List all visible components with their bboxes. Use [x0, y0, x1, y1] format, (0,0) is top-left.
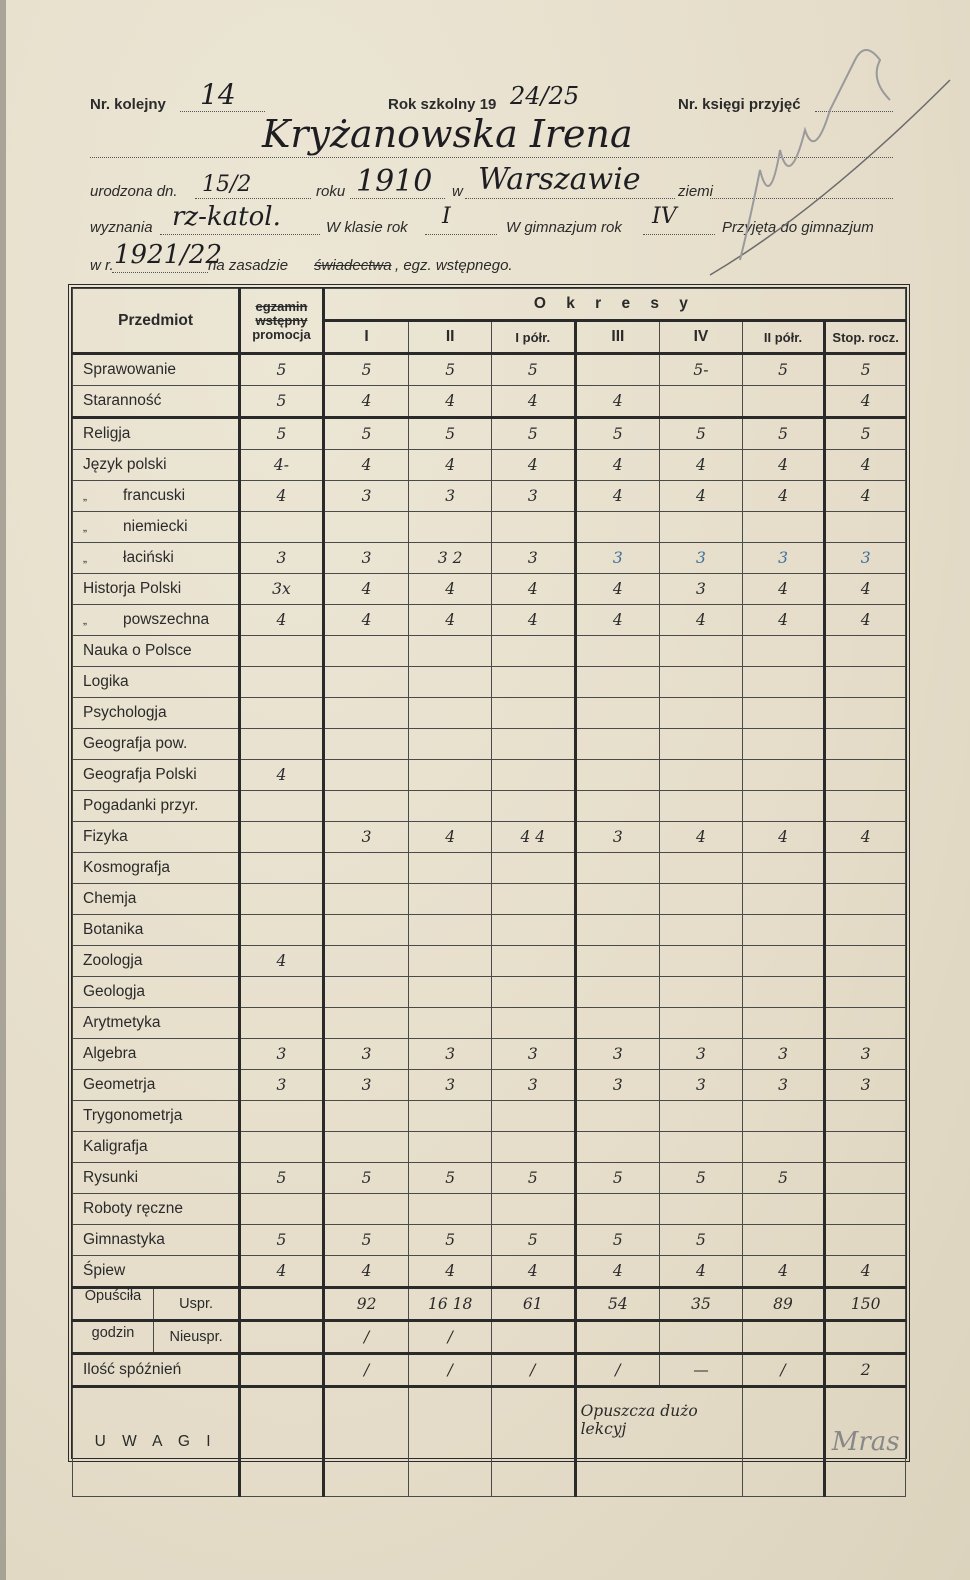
zasadzie-label: na zasadzie [208, 257, 288, 274]
uwagi-signature: Mras [825, 1387, 906, 1497]
uwagi-cell [240, 1387, 324, 1497]
grade-cell: 4 [825, 1256, 906, 1288]
subject-name: Botanika [83, 921, 143, 938]
period-header: II półr. [742, 321, 825, 354]
grade-cell: 4 [409, 450, 492, 481]
subject-name: Gimnastyka [83, 1231, 165, 1248]
subject-label: Chemja [73, 884, 240, 915]
grade-cell [742, 977, 825, 1008]
spoznien-value: 2 [825, 1354, 906, 1387]
grade-cell: 4 [660, 1256, 743, 1288]
spoznien-value: / [323, 1354, 409, 1387]
col-header-exam: egzamin wstępny promocja [240, 289, 324, 354]
subject-name: Logika [83, 673, 129, 690]
wr-label: w r. [90, 257, 114, 274]
table-row: Historja Polski3x4444344 [73, 574, 906, 605]
grade-cell [825, 853, 906, 884]
table-row: Kaligrafja [73, 1132, 906, 1163]
grade-cell [575, 884, 660, 915]
spoznien-value: — [660, 1354, 743, 1387]
subject-label: Rysunki [73, 1163, 240, 1194]
grade-cell: 4 [240, 1256, 324, 1288]
grade-cell [409, 698, 492, 729]
uwagi-note: Opuszcza dużo lekcyj [575, 1387, 742, 1497]
grade-cell [491, 977, 575, 1008]
grade-cell: 5 [491, 418, 575, 450]
w-gimnazjum-label: W gimnazjum rok [506, 219, 622, 236]
grade-cell [742, 1101, 825, 1132]
grade-cell: 5 [409, 418, 492, 450]
grade-cell: 4 [240, 605, 324, 636]
table-row: Geometrja33333333 [73, 1070, 906, 1101]
grade-cell [409, 512, 492, 543]
grade-cell [575, 512, 660, 543]
subject-label: Geologja [73, 977, 240, 1008]
grade-cell [742, 698, 825, 729]
grade-cell: 4 [825, 605, 906, 636]
nr-kolejny-line [180, 111, 265, 112]
grade-cell [660, 667, 743, 698]
grade-cell: 3 [240, 543, 324, 574]
grade-cell: 4 [409, 1256, 492, 1288]
grade-cell [409, 946, 492, 977]
grade-cell [491, 760, 575, 791]
grade-cell: 4 [491, 450, 575, 481]
grade-cell [323, 667, 409, 698]
grade-cell: 5 [240, 386, 324, 418]
grade-cell: 5 [491, 354, 575, 386]
rok-szkolny-label: Rok szkolny 19 [388, 96, 496, 113]
table-row: Geologja [73, 977, 906, 1008]
grade-cell [323, 636, 409, 667]
ditto-mark: „ [83, 551, 123, 565]
exam-struck-1: egzamin [241, 300, 322, 314]
grade-cell: 4 [240, 760, 324, 791]
wyznania-value: rz-katol. [172, 202, 281, 232]
table-row: „powszechna44444444 [73, 605, 906, 636]
grade-cell: 4- [240, 450, 324, 481]
subject-name: powszechna [123, 611, 209, 628]
grade-cell: 4 [825, 386, 906, 418]
grade-cell: 4 [660, 481, 743, 512]
grade-cell: 4 [660, 450, 743, 481]
exam-label: promocja [241, 328, 322, 342]
uspr-value: 61 [491, 1288, 575, 1321]
student-name: Kryżanowska Irena [262, 112, 633, 156]
grade-cell: 4 [409, 822, 492, 853]
grade-cell [323, 698, 409, 729]
wr-line [112, 272, 208, 273]
grade-cell: 5 [742, 1163, 825, 1194]
opuscila-cell: Opuściła Uspr. [73, 1288, 240, 1321]
col-header-subject: Przedmiot [73, 289, 240, 354]
grade-cell [323, 853, 409, 884]
grade-cell: 5 [825, 418, 906, 450]
grade-cell: 3 [660, 574, 743, 605]
grade-cell [660, 729, 743, 760]
grade-cell: 4 [575, 1256, 660, 1288]
nieuspr-value: / [409, 1321, 492, 1354]
grade-cell [409, 667, 492, 698]
grade-cell [825, 946, 906, 977]
table-row: Religja55555555 [73, 418, 906, 450]
grade-cell [491, 946, 575, 977]
grade-cell [491, 853, 575, 884]
table-row: Sprawowanie55555-55 [73, 354, 906, 386]
grade-cell [240, 667, 324, 698]
grade-cell [825, 915, 906, 946]
grade-cell: 3x [240, 574, 324, 605]
uwagi-cell [409, 1387, 492, 1497]
grade-cell [825, 512, 906, 543]
grade-cell [575, 946, 660, 977]
grade-cell [742, 729, 825, 760]
grade-cell [660, 977, 743, 1008]
grade-cell [240, 915, 324, 946]
grade-cell: 4 [323, 386, 409, 418]
grade-cell: 4 [742, 605, 825, 636]
grade-cell [323, 1194, 409, 1225]
grade-cell: 4 [825, 450, 906, 481]
grade-cell [660, 1101, 743, 1132]
grade-cell: 4 [491, 605, 575, 636]
wr-value: 1921/22 [114, 240, 222, 270]
subject-label: Pogadanki przyr. [73, 791, 240, 822]
table-row: Botanika [73, 915, 906, 946]
grade-cell: 3 [409, 1039, 492, 1070]
uspr-value: 89 [742, 1288, 825, 1321]
w-line [465, 198, 675, 199]
subject-label: Geografja Polski [73, 760, 240, 791]
grade-cell: 4 [323, 450, 409, 481]
table-row: Chemja [73, 884, 906, 915]
grade-cell [660, 698, 743, 729]
grade-cell [409, 1194, 492, 1225]
grade-cell: 3 [409, 481, 492, 512]
grade-cell: 3 [575, 543, 660, 574]
grade-cell: 4 [660, 822, 743, 853]
subject-label: Kosmografja [73, 853, 240, 884]
grade-cell: 4 [742, 822, 825, 853]
grade-cell [742, 760, 825, 791]
grade-cell [825, 1101, 906, 1132]
subject-name: Geografja pow. [83, 735, 187, 752]
grade-cell: 4 [742, 574, 825, 605]
grade-cell [660, 760, 743, 791]
grade-cell: 3 [240, 1039, 324, 1070]
subject-label: Zoologja [73, 946, 240, 977]
grade-cell [491, 667, 575, 698]
grade-cell: 3 [491, 1039, 575, 1070]
grade-cell [660, 1132, 743, 1163]
grade-cell: 3 [240, 1070, 324, 1101]
grade-cell: 4 [575, 481, 660, 512]
grade-cell: 3 [742, 1039, 825, 1070]
table-row: Arytmetyka [73, 1008, 906, 1039]
rok-szkolny-value: 24/25 [510, 82, 579, 110]
uspr-value: 16 18 [409, 1288, 492, 1321]
spoznien-label: Ilość spóźnień [73, 1354, 240, 1387]
godzin-label: godzin [73, 1322, 153, 1352]
grade-cell: 5 [240, 1225, 324, 1256]
uwagi-cell [491, 1387, 575, 1497]
grade-cell: 5 [575, 418, 660, 450]
grade-cell: 5 [409, 1163, 492, 1194]
grade-cell: 3 [491, 1070, 575, 1101]
subject-name: Trygonometrja [83, 1107, 182, 1124]
table-row: Fizyka344 43444 [73, 822, 906, 853]
grade-cell [575, 698, 660, 729]
grade-cell: 5 [409, 354, 492, 386]
grade-cell [323, 729, 409, 760]
grade-cell: 4 [825, 481, 906, 512]
grade-cell: 5 [825, 354, 906, 386]
grade-cell: 3 [575, 1070, 660, 1101]
grade-cell [825, 977, 906, 1008]
grade-cell [409, 915, 492, 946]
subject-name: Zoologja [83, 952, 142, 969]
grade-cell [240, 636, 324, 667]
grade-cell [323, 915, 409, 946]
subject-label: „niemiecki [73, 512, 240, 543]
table-row: Pogadanki przyr. [73, 791, 906, 822]
grade-cell [240, 512, 324, 543]
grade-cell: 3 [323, 1070, 409, 1101]
grade-cell [660, 636, 743, 667]
grade-cell [825, 1225, 906, 1256]
grade-cell: 3 [323, 481, 409, 512]
nieuspr-value [240, 1321, 324, 1354]
grade-cell: 4 [409, 574, 492, 605]
grade-cell: 3 [575, 822, 660, 853]
grade-cell [491, 1132, 575, 1163]
grade-cell: 4 [575, 450, 660, 481]
grade-cell [825, 667, 906, 698]
uspr-label: Uspr. [153, 1289, 238, 1319]
subject-label: Gimnastyka [73, 1225, 240, 1256]
grade-cell [660, 1008, 743, 1039]
grade-cell [742, 915, 825, 946]
grade-cell [240, 853, 324, 884]
grade-cell [240, 884, 324, 915]
grade-cell [575, 667, 660, 698]
grade-cell [240, 729, 324, 760]
grade-cell [575, 1194, 660, 1225]
grade-cell [825, 729, 906, 760]
grade-cell: 4 [825, 822, 906, 853]
grade-cell [409, 1132, 492, 1163]
uwagi-cell [323, 1387, 409, 1497]
grade-cell: 4 [742, 1256, 825, 1288]
grade-cell [575, 1132, 660, 1163]
subject-name: Religja [83, 425, 130, 442]
w-klasie-line [425, 234, 497, 235]
subject-name: łaciński [123, 549, 174, 566]
subject-label: Roboty ręczne [73, 1194, 240, 1225]
subject-name: Fizyka [83, 828, 128, 845]
period-header: I [323, 321, 409, 354]
grade-cell [409, 884, 492, 915]
spoznien-value [240, 1354, 324, 1387]
table-row: Geografja pow. [73, 729, 906, 760]
ditto-mark: „ [83, 520, 123, 534]
spoznien-value: / [575, 1354, 660, 1387]
grade-cell: 3 [575, 1039, 660, 1070]
roku-label: roku [316, 183, 345, 200]
grade-cell: 4 [323, 605, 409, 636]
subject-name: Rysunki [83, 1169, 138, 1186]
grade-cell [825, 884, 906, 915]
grade-cell [660, 884, 743, 915]
subject-name: Historja Polski [83, 580, 181, 597]
grade-cell [825, 1163, 906, 1194]
subject-label: Fizyka [73, 822, 240, 853]
grade-cell: 3 [660, 543, 743, 574]
grade-cell [575, 791, 660, 822]
table-row: Nauka o Polsce [73, 636, 906, 667]
table-row: Rysunki5555555 [73, 1163, 906, 1194]
w-klasie-label: W klasie rok [326, 219, 408, 236]
subject-name: Staranność [83, 392, 161, 409]
grade-cell [491, 915, 575, 946]
nieuspr-value [491, 1321, 575, 1354]
grade-cell: 3 2 [409, 543, 492, 574]
grade-cell: 4 [742, 450, 825, 481]
table-row: Trygonometrja [73, 1101, 906, 1132]
subject-label: Kaligrafja [73, 1132, 240, 1163]
w-gimnazjum-value: IV [652, 204, 677, 229]
table-row: „francuski43334444 [73, 481, 906, 512]
subject-label: Trygonometrja [73, 1101, 240, 1132]
uspr-value: 92 [323, 1288, 409, 1321]
ditto-mark: „ [83, 613, 123, 627]
grade-cell: 5 [491, 1163, 575, 1194]
grade-cell [575, 1101, 660, 1132]
table-row: Logika [73, 667, 906, 698]
grade-cell: 4 [491, 574, 575, 605]
spoznien-value: / [409, 1354, 492, 1387]
grade-cell [575, 1008, 660, 1039]
subject-name: Geometrja [83, 1076, 155, 1093]
period-header: III [575, 321, 660, 354]
subject-name: Pogadanki przyr. [83, 797, 198, 814]
grade-cell [323, 1101, 409, 1132]
period-header: I półr. [491, 321, 575, 354]
wyznania-line [160, 234, 320, 235]
subject-name: Nauka o Polsce [83, 642, 192, 659]
grade-cell [825, 1194, 906, 1225]
grade-cell [409, 729, 492, 760]
grade-cell: 5 [323, 354, 409, 386]
subject-label: „powszechna [73, 605, 240, 636]
grade-cell [825, 636, 906, 667]
urodzona-line [195, 198, 311, 199]
opuscila-label: Opuściła [73, 1289, 153, 1319]
grade-cell: 3 [742, 1070, 825, 1101]
grade-cell: 5 [323, 1163, 409, 1194]
grade-cell: 5 [409, 1225, 492, 1256]
subject-label: Algebra [73, 1039, 240, 1070]
subject-name: Śpiew [83, 1262, 125, 1279]
grade-cell: 5 [240, 354, 324, 386]
nieuspr-value [742, 1321, 825, 1354]
grade-cell: 4 [240, 481, 324, 512]
table-row: Język polski4-4444444 [73, 450, 906, 481]
subject-name: Sprawowanie [83, 361, 176, 378]
grade-cell [409, 1101, 492, 1132]
grade-cell [323, 1008, 409, 1039]
grade-cell [409, 977, 492, 1008]
subject-name: Kaligrafja [83, 1138, 148, 1155]
grade-cell [323, 791, 409, 822]
table-row: Gimnastyka555555 [73, 1225, 906, 1256]
subject-label: Arytmetyka [73, 1008, 240, 1039]
opuscila-label-1: Opuściła [85, 1288, 141, 1304]
subject-label: Staranność [73, 386, 240, 418]
grade-cell: 4 [491, 1256, 575, 1288]
w-klasie-value: I [442, 204, 451, 229]
grade-cell [660, 853, 743, 884]
grade-cell [742, 1132, 825, 1163]
subject-label: Sprawowanie [73, 354, 240, 386]
grade-cell: 5- [660, 354, 743, 386]
subject-name: Język polski [83, 456, 167, 473]
grade-cell: 5 [240, 1163, 324, 1194]
grade-cell [409, 760, 492, 791]
grade-cell: 5 [660, 418, 743, 450]
period-header: Stop. rocz. [825, 321, 906, 354]
grade-cell: 4 [575, 386, 660, 418]
grade-cell [825, 760, 906, 791]
nieuspr-cell: godzin Nieuspr. [73, 1321, 240, 1354]
grade-cell [491, 636, 575, 667]
grade-cell: 5 [575, 1163, 660, 1194]
subject-label: „łaciński [73, 543, 240, 574]
subject-label: Religja [73, 418, 240, 450]
grade-cell: 3 [825, 1039, 906, 1070]
grade-cell: 4 [825, 574, 906, 605]
subject-name: Geografja Polski [83, 766, 197, 783]
nr-kolejny-value: 14 [200, 78, 236, 111]
grade-cell [323, 512, 409, 543]
grade-cell [240, 698, 324, 729]
grade-cell [491, 698, 575, 729]
grade-cell: 4 [660, 605, 743, 636]
grade-cell [575, 853, 660, 884]
grade-cell: 5 [660, 1225, 743, 1256]
grade-cell [491, 512, 575, 543]
grade-cell [825, 698, 906, 729]
exam-struck-2: wstępny [241, 314, 322, 328]
grade-cell [409, 1008, 492, 1039]
grade-cell [491, 729, 575, 760]
grade-cell [742, 636, 825, 667]
uspr-value [240, 1288, 324, 1321]
subject-name: Arytmetyka [83, 1014, 161, 1031]
grade-cell: 3 [409, 1070, 492, 1101]
nieuspr-value [825, 1321, 906, 1354]
grade-cell: 4 [409, 605, 492, 636]
table-row: „łaciński333 233333 [73, 543, 906, 574]
grade-cell [575, 915, 660, 946]
grade-cell [742, 512, 825, 543]
grade-cell [491, 1194, 575, 1225]
grade-cell [742, 1008, 825, 1039]
grade-cell [491, 1008, 575, 1039]
subject-label: Logika [73, 667, 240, 698]
grade-cell: 5 [240, 418, 324, 450]
grade-cell [240, 1008, 324, 1039]
